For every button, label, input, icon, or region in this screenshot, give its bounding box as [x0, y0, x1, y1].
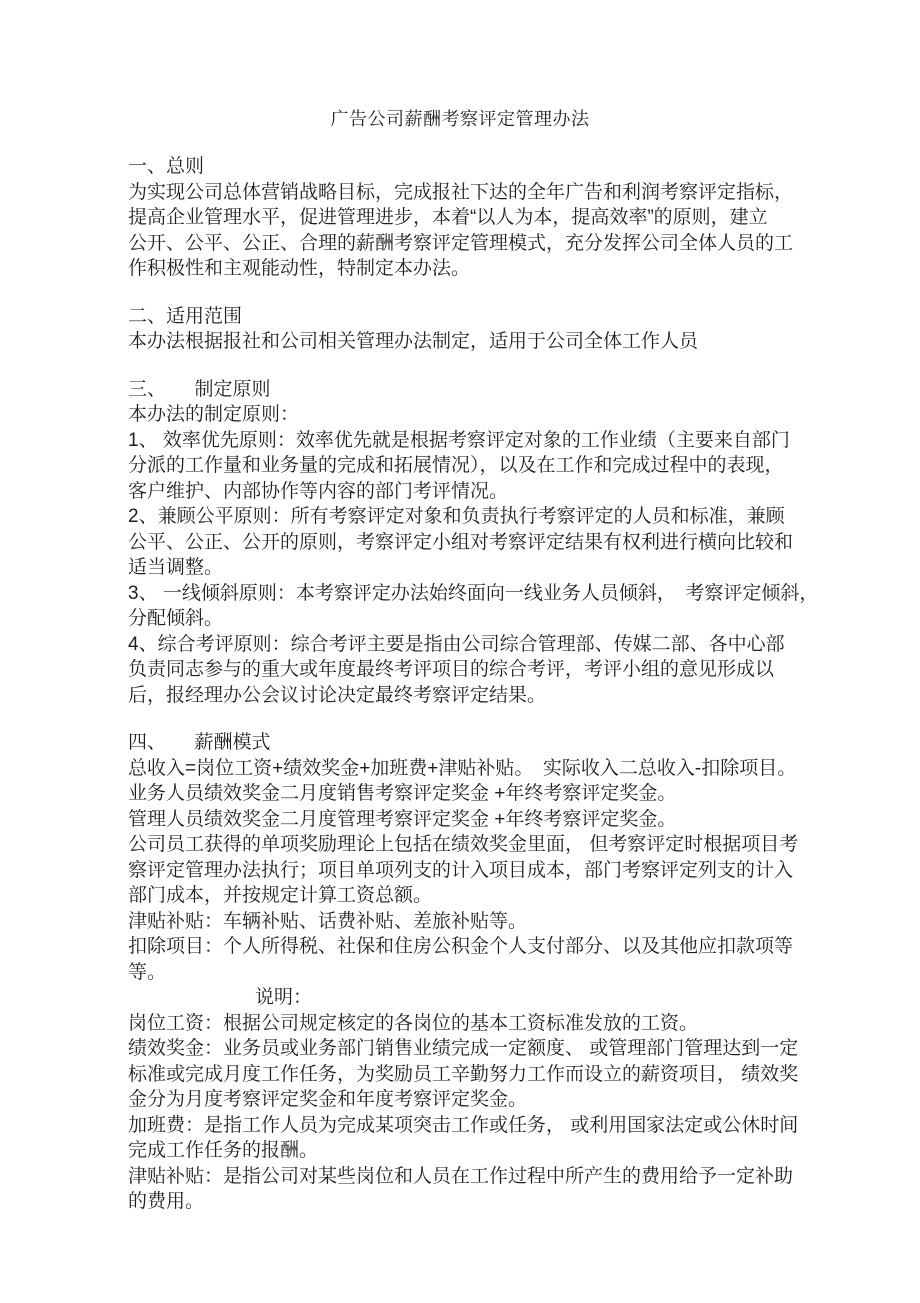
- text-line: 公开、公平、公正、合理的薪酬考察评定管理模式，充分发挥公司全体人员的工: [128, 231, 792, 257]
- blank-line: [128, 708, 792, 730]
- text-line: 标准或完成月度工作任务，为奖励员工辛勤努力工作而设立的薪资项目， 绩效奖: [128, 1062, 792, 1088]
- blank-line: [128, 282, 792, 304]
- section-heading-scope: 二、适用范围: [128, 304, 792, 330]
- text-line: 客户维护、内部协作等内容的部门考评情况。: [128, 479, 792, 505]
- explanation-label: 说明：: [128, 985, 792, 1011]
- text-line: 加班费：是指工作人员为完成某项突击工作或任务， 或利用国家法定或公休时间: [128, 1113, 792, 1139]
- document-title: 广告公司薪酬考察评定管理办法: [128, 106, 792, 132]
- list-item-1: 1、 效率优先原则：效率优先就是根据考察评定对象的工作业绩（主要来自部门: [128, 428, 792, 454]
- text-line: 业务人员绩效奖金二月度销售考察评定奖金 +年终考察评定奖金。: [128, 781, 792, 807]
- text-line: 提高企业管理水平，促进管理进步，本着“以人为本，提高效率”的原则，建立: [128, 205, 792, 231]
- list-item-4: 4、综合考评原则：综合考评主要是指由公司综合管理部、传媒二部、各中心部: [128, 632, 792, 658]
- text-line: 后，报经理办公会议讨论决定最终考察评定结果。: [128, 683, 792, 709]
- text-line: 总收入=岗位工资+绩效奖金+加班费+津贴补贴。 实际收入二总收入-扣除项目。: [128, 756, 792, 782]
- text-line: 的费用。: [128, 1189, 792, 1215]
- text-line: 绩效奖金：业务员或业务部门销售业绩完成一定额度、 或管理部门管理达到一定: [128, 1036, 792, 1062]
- text-line: 作积极性和主观能动性，特制定本办法。: [128, 256, 792, 282]
- text-line: 为实现公司总体营销战略目标，完成报社下达的全年广告和利润考察评定指标，: [128, 180, 792, 206]
- text-line: 分派的工作量和业务量的完成和拓展情况），以及在工作和完成过程中的表现，: [128, 453, 792, 479]
- blank-line: [128, 355, 792, 377]
- text-line: 部门成本，并按规定计算工资总额。: [128, 883, 792, 909]
- text-line: 分配倾斜。: [128, 606, 792, 632]
- text-line: 本办法根据报社和公司相关管理办法制定，适用于公司全体工作人员: [128, 329, 792, 355]
- text-line: 岗位工资：根据公司规定核定的各岗位的基本工资标准发放的工资。: [128, 1011, 792, 1037]
- list-item-2: 2、兼顾公平原则：所有考察评定对象和负责执行考察评定的人员和标准，兼顾: [128, 504, 792, 530]
- text-line: 等。: [128, 960, 792, 986]
- list-item-3: 3、 一线倾斜原则：本考察评定办法始终面向一线业务人员倾斜， 考察评定倾斜，: [128, 581, 792, 607]
- section-heading-salary-model: 四、 薪酬模式: [128, 730, 792, 756]
- section-heading-general-rules: 一、总则: [128, 154, 792, 180]
- text-line: 管理人员绩效奖金二月度管理考察评定奖金 +年终考察评定奖金。: [128, 807, 792, 833]
- text-line: 察评定管理办法执行；项目单项列支的计入项目成本，部门考察评定列支的计入: [128, 858, 792, 884]
- text-line: 金分为月度考察评定奖金和年度考察评定奖金。: [128, 1087, 792, 1113]
- text-line: 扣除项目：个人所得税、社保和住房公积金个人支付部分、以及其他应扣款项等: [128, 934, 792, 960]
- text-line: 负责同志参与的重大或年度最终考评项目的综合考评，考评小组的意见形成以: [128, 657, 792, 683]
- text-line: 适当调整。: [128, 555, 792, 581]
- section-heading-principles: 三、 制定原则: [128, 377, 792, 403]
- document-page: 广告公司薪酬考察评定管理办法 一、总则 为实现公司总体营销战略目标，完成报社下达…: [0, 0, 920, 1303]
- text-line: 津贴补贴：是指公司对某些岗位和人员在工作过程中所产生的费用给予一定补助: [128, 1164, 792, 1190]
- text-line: 本办法的制定原则：: [128, 402, 792, 428]
- document-content: 广告公司薪酬考察评定管理办法 一、总则 为实现公司总体营销战略目标，完成报社下达…: [128, 106, 792, 1215]
- blank-line: [128, 132, 792, 154]
- text-line: 津贴补贴：车辆补贴、话费补贴、差旅补贴等。: [128, 909, 792, 935]
- text-line: 完成工作任务的报酬。: [128, 1138, 792, 1164]
- text-line: 公司员工获得的单项奖励理论上包括在绩效奖金里面， 但考察评定时根据项目考: [128, 832, 792, 858]
- text-line: 公平、公正、公开的原则，考察评定小组对考察评定结果有权利进行横向比较和: [128, 530, 792, 556]
